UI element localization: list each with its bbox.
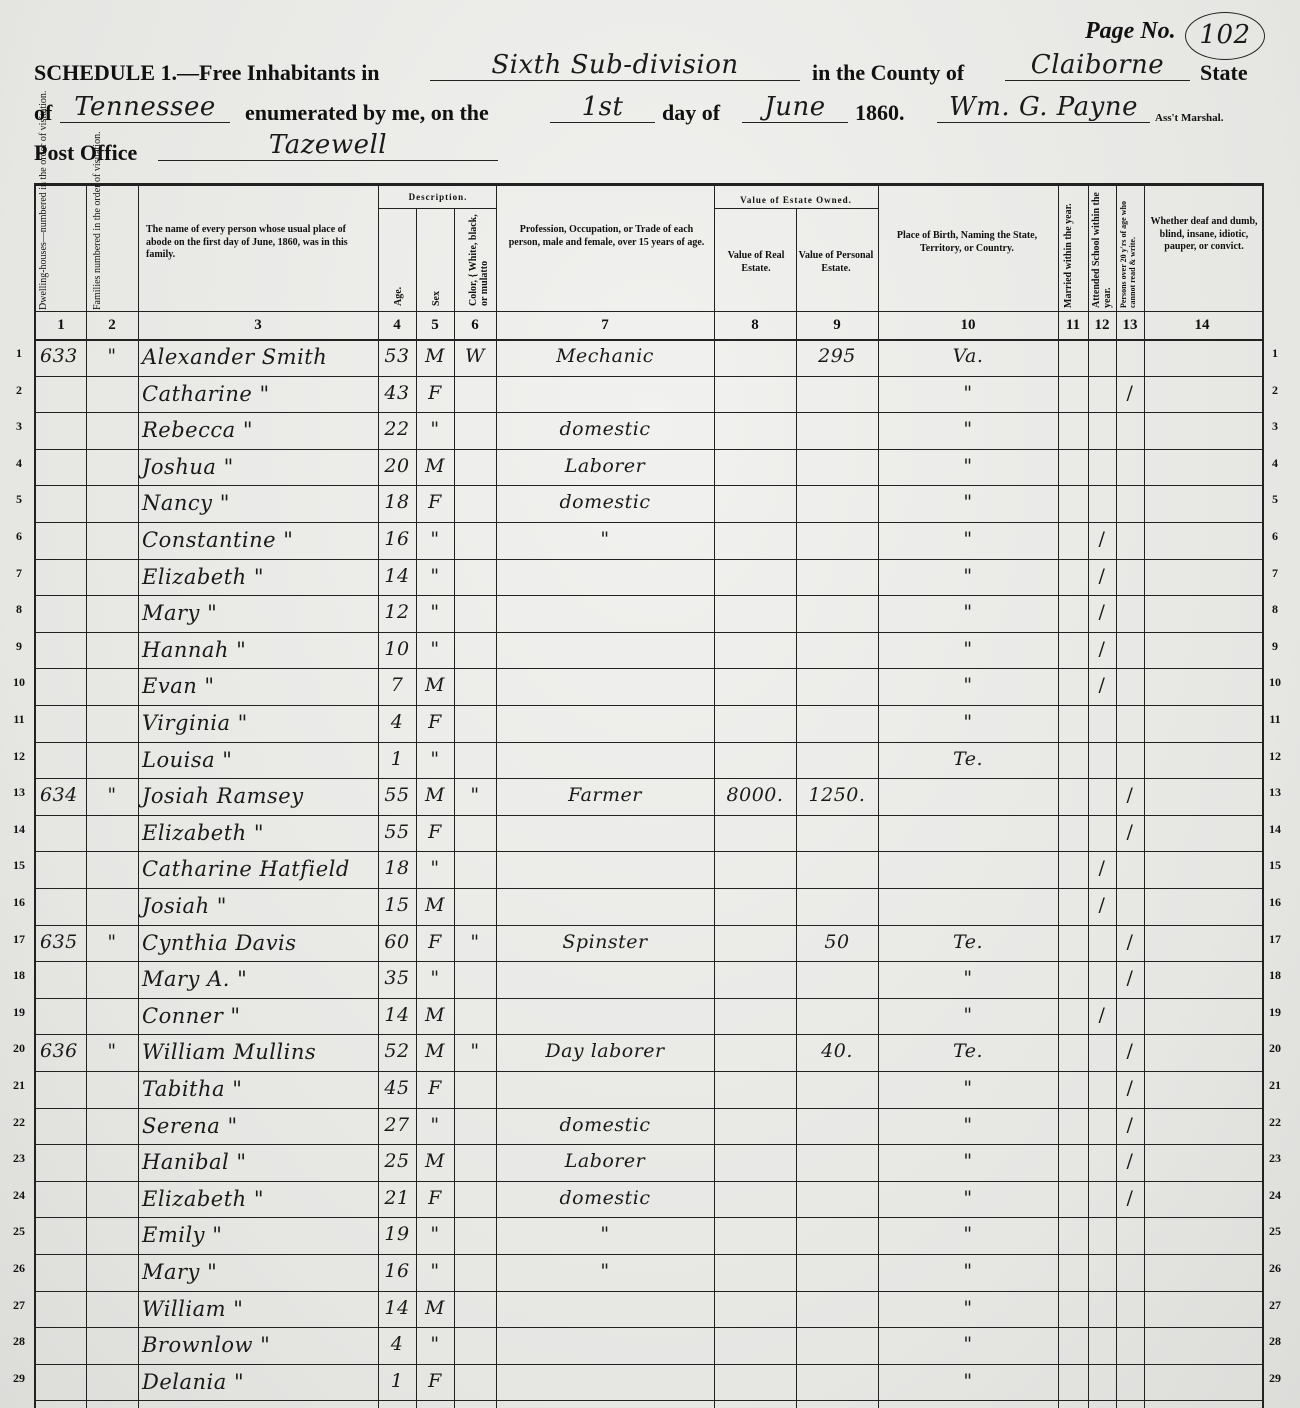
cell-name: Elizabeth " [142,821,378,845]
col-header-birthplace: Place of Birth, Naming the State, Territ… [882,230,1052,255]
day-field: 1st [550,92,655,123]
cell-school: / [1088,894,1116,916]
cell-dwelling: 634 [40,784,86,806]
line-number: 5 [6,492,32,507]
cell-illiterate: / [1116,1040,1144,1062]
cell-birth: " [878,1297,1058,1319]
row-rule [36,1400,1262,1401]
line-number: 19 [6,1005,32,1020]
cell-age: 18 [378,857,416,879]
cell-name: Brownlow " [142,1333,378,1357]
cell-name: Josiah " [142,894,378,918]
cell-personal: 1250. [796,784,878,806]
row-rule [36,961,1262,962]
cell-occupation: Laborer [496,455,714,477]
cell-birth: " [878,711,1058,733]
cell-name: Elizabeth " [142,565,378,589]
row-rule [36,449,1262,450]
row-rule [36,1034,1262,1035]
column-number: 9 [796,317,878,334]
schedule-label: SCHEDULE 1.—Free Inhabitants in [34,60,380,86]
cell-age: 52 [378,1040,416,1062]
cell-name: Tabitha " [142,1077,378,1101]
cell-age: 4 [378,711,416,733]
line-number: 28 [6,1334,32,1349]
cell-sex: F [416,1370,454,1392]
line-number: 6 [1262,529,1288,544]
cell-age: 14 [378,1004,416,1026]
row-rule [36,778,1262,779]
cell-birth: " [878,674,1058,696]
cell-age: 16 [378,1260,416,1282]
line-number: 19 [1262,1005,1288,1020]
cell-birth: Va. [878,345,1058,367]
line-number: 18 [1262,968,1288,983]
cell-age: 53 [378,345,416,367]
column-number: 6 [454,317,496,334]
post-office-label: Post Office [34,140,137,166]
post-office-field: Tazewell [158,130,498,161]
cell-birth: " [878,382,1058,404]
line-number: 27 [1262,1298,1288,1313]
cell-name: Elizabeth " [142,1187,378,1211]
cell-name: Mary A. " [142,967,378,991]
line-number: 14 [1262,822,1288,837]
cell-family: " [86,931,138,953]
line-number: 23 [6,1151,32,1166]
cell-occupation: Spinster [496,931,714,953]
cell-age: 21 [378,1187,416,1209]
cell-age: 14 [378,565,416,587]
cell-age: 20 [378,455,416,477]
cell-sex: " [416,1333,454,1355]
cell-occupation: Laborer [496,1150,714,1172]
cell-color: " [454,1040,496,1062]
cell-sex: " [416,565,454,587]
row-rule [36,1217,1262,1218]
cell-school: / [1088,528,1116,550]
cell-sex: " [416,601,454,623]
line-number: 24 [1262,1188,1288,1203]
cell-age: 27 [378,1114,416,1136]
cell-birth: " [878,491,1058,513]
cell-birth: Te. [878,1040,1058,1062]
line-number: 26 [6,1261,32,1276]
cell-occupation: Farmer [496,784,714,806]
census-table: Dwelling-houses—numbered in the order of… [34,183,1264,1408]
cell-sex: " [416,1223,454,1245]
cell-illiterate: / [1116,1114,1144,1136]
line-number: 16 [6,895,32,910]
line-number: 1 [1262,346,1288,361]
cell-illiterate: / [1116,1077,1144,1099]
cell-sex: M [416,1297,454,1319]
column-number: 5 [416,317,454,334]
cell-sex: F [416,711,454,733]
row-rule [36,1327,1262,1328]
row-rule [36,668,1262,669]
line-number: 9 [6,639,32,654]
column-divider [1144,186,1145,1408]
cell-family: " [86,784,138,806]
county-field: Claiborne [1005,50,1190,81]
col-header-disability: Whether deaf and dumb, blind, insane, id… [1150,216,1258,254]
row-rule [36,595,1262,596]
cell-name: Serena " [142,1114,378,1138]
cell-sex: F [416,382,454,404]
row-rule [36,559,1262,560]
cell-sex: " [416,528,454,550]
cell-birth: " [878,1187,1058,1209]
col-header-age: Age. [393,266,404,306]
cell-sex: F [416,1187,454,1209]
cell-school: / [1088,674,1116,696]
row-rule [36,851,1262,852]
row-rule [36,1144,1262,1145]
column-divider [138,186,139,1408]
line-number: 21 [1262,1078,1288,1093]
line-number: 22 [1262,1115,1288,1130]
cell-name: Mary " [142,1260,378,1284]
cell-illiterate: / [1116,821,1144,843]
cell-sex: " [416,748,454,770]
marshal-label: Ass't Marshal. [1155,112,1223,124]
cell-dwelling: 635 [40,931,86,953]
line-number: 25 [1262,1224,1288,1239]
column-divider [1088,186,1089,1408]
cell-personal: 295 [796,345,878,367]
cell-sex: M [416,1040,454,1062]
line-number: 11 [1262,712,1288,727]
line-number: 22 [6,1115,32,1130]
cell-name: Alexander Smith [142,345,378,369]
col-header-name: The name of every person whose usual pla… [146,224,371,262]
row-rule [36,888,1262,889]
cell-personal: 40. [796,1040,878,1062]
cell-illiterate: / [1116,967,1144,989]
line-number: 20 [6,1041,32,1056]
row-rule [36,1254,1262,1255]
line-number: 15 [6,858,32,873]
cell-sex: F [416,821,454,843]
cell-name: Louisa " [142,748,378,772]
line-number: 15 [1262,858,1288,873]
column-number: 4 [378,317,416,334]
cell-age: 43 [378,382,416,404]
col-header-school: Attended School within the year. [1091,190,1115,308]
cell-birth: " [878,967,1058,989]
line-number: 26 [1262,1261,1288,1276]
cell-family: " [86,345,138,367]
year: 1860. [855,100,905,126]
cell-name: Evan " [142,674,378,698]
cell-name: Hannah " [142,638,378,662]
cell-sex: F [416,1077,454,1099]
line-number: 16 [1262,895,1288,910]
page-number-label: Page No. [1085,18,1176,45]
state-field: Tennessee [60,92,230,123]
column-number: 10 [878,317,1058,334]
column-number: 14 [1144,317,1260,334]
group-header-rule [714,208,878,209]
column-number: 7 [496,317,714,334]
line-number: 25 [6,1224,32,1239]
col-header-married: Married within the year. [1063,190,1087,308]
row-rule [36,742,1262,743]
cell-name: Rebecca " [142,418,378,442]
line-number: 5 [1262,492,1288,507]
cell-name: Catharine Hatfield [142,857,378,881]
line-number: 7 [1262,566,1288,581]
group-header-rule [378,208,496,209]
cell-dwelling: 636 [40,1040,86,1062]
cell-illiterate: / [1116,1187,1144,1209]
row-rule [36,522,1262,523]
line-number: 29 [1262,1371,1288,1386]
col-header-real-estate: Value of Real Estate. [719,250,793,275]
col-header-sex: Sex [431,271,442,306]
cell-age: 10 [378,638,416,660]
cell-sex: M [416,894,454,916]
cell-sex: M [416,1150,454,1172]
column-number: 8 [714,317,796,334]
cell-sex: " [416,967,454,989]
cell-birth: " [878,1114,1058,1136]
row-rule [36,1108,1262,1109]
line-number: 8 [6,602,32,617]
column-number: 3 [138,317,378,334]
cell-sex: M [416,674,454,696]
cell-age: 22 [378,418,416,440]
line-number: 4 [6,456,32,471]
cell-age: 55 [378,821,416,843]
county-label: in the County of [812,60,964,86]
cell-occupation: domestic [496,491,714,513]
cell-name: Joshua " [142,455,378,479]
line-number: 21 [6,1078,32,1093]
cell-family: " [86,1040,138,1062]
column-number: 1 [36,317,86,334]
cell-name: Constantine " [142,528,378,552]
cell-occupation: " [496,528,714,550]
line-number: 29 [6,1371,32,1386]
cell-real: 8000. [714,784,796,806]
cell-birth: " [878,455,1058,477]
line-number: 14 [6,822,32,837]
row-rule [36,1364,1262,1365]
cell-age: 7 [378,674,416,696]
cell-school: / [1088,1004,1116,1026]
cell-age: 60 [378,931,416,953]
line-number: 3 [6,419,32,434]
cell-dwelling: 633 [40,345,86,367]
cell-birth: " [878,1223,1058,1245]
state-label: State [1200,60,1248,86]
cell-age: 18 [378,491,416,513]
cell-age: 12 [378,601,416,623]
col-header-personal-estate: Value of Personal Estate. [798,250,874,275]
cell-birth: " [878,528,1058,550]
col-header-family: Families numbered in the order of visita… [92,190,136,310]
row-rule [36,925,1262,926]
line-number: 11 [6,712,32,727]
cell-age: 55 [378,784,416,806]
cell-name: Catharine " [142,382,378,406]
line-number: 20 [1262,1041,1288,1056]
cell-school: / [1088,601,1116,623]
cell-name: Josiah Ramsey [142,784,378,808]
cell-birth: " [878,638,1058,660]
cell-sex: " [416,1260,454,1282]
line-number: 13 [6,785,32,800]
cell-illiterate: / [1116,382,1144,404]
row-rule [36,485,1262,486]
line-number: 12 [1262,749,1288,764]
cell-birth: " [878,1333,1058,1355]
line-number: 7 [6,566,32,581]
column-number: 13 [1116,317,1144,334]
cell-occupation: Day laborer [496,1040,714,1062]
cell-occupation: domestic [496,418,714,440]
row-rule [36,632,1262,633]
cell-sex: " [416,1114,454,1136]
cell-sex: F [416,931,454,953]
row-rule [36,1181,1262,1182]
line-number: 2 [6,383,32,398]
enumerated-label: enumerated by me, on the [245,100,489,126]
cell-occupation: " [496,1223,714,1245]
row-rule [36,376,1262,377]
column-number: 12 [1088,317,1116,334]
line-number: 10 [6,675,32,690]
line-number: 8 [1262,602,1288,617]
cell-sex: M [416,1004,454,1026]
cell-illiterate: / [1116,931,1144,953]
cell-sex: M [416,455,454,477]
row-rule [36,412,1262,413]
cell-birth: " [878,1077,1058,1099]
column-divider [1058,186,1059,1408]
cell-occupation: " [496,1260,714,1282]
cell-name: Emily " [142,1223,378,1247]
cell-illiterate: / [1116,1150,1144,1172]
row-rule [36,1071,1262,1072]
col-header-dwelling: Dwelling-houses—numbered in the order of… [38,190,86,310]
cell-personal: 50 [796,931,878,953]
line-number: 9 [1262,639,1288,654]
col-header-color: Color, { White, black, or mulatto [468,214,494,306]
line-number: 3 [1262,419,1288,434]
marshal-field: Wm. G. Payne [937,92,1150,123]
cell-birth: " [878,601,1058,623]
cell-age: 25 [378,1150,416,1172]
month-field: June [742,92,848,123]
cell-birth: " [878,1370,1058,1392]
cell-color: " [454,784,496,806]
col-header-description: Description. [379,191,497,204]
cell-sex: " [416,638,454,660]
cell-name: Nancy " [142,491,378,515]
row-rule [36,1291,1262,1292]
line-number: 17 [1262,932,1288,947]
column-number: 11 [1058,317,1088,334]
cell-name: Conner " [142,1004,378,1028]
header-rule [36,311,1262,312]
cell-color: " [454,931,496,953]
cell-sex: " [416,418,454,440]
cell-birth: Te. [878,748,1058,770]
cell-age: 45 [378,1077,416,1099]
cell-occupation: Mechanic [496,345,714,367]
column-divider [454,208,455,1408]
cell-school: / [1088,565,1116,587]
cell-school: / [1088,857,1116,879]
cell-age: 35 [378,967,416,989]
cell-age: 14 [378,1297,416,1319]
cell-birth: Te. [878,931,1058,953]
line-number: 2 [1262,383,1288,398]
cell-age: 1 [378,748,416,770]
column-number: 2 [86,317,138,334]
row-rule [36,815,1262,816]
col-header-occupation: Profession, Occupation, or Trade of each… [504,224,709,249]
cell-name: Virginia " [142,711,378,735]
cell-name: Delania " [142,1370,378,1394]
cell-name: Mary " [142,601,378,625]
line-number: 4 [1262,456,1288,471]
cell-name: Hanibal " [142,1150,378,1174]
line-number: 13 [1262,785,1288,800]
line-number: 17 [6,932,32,947]
cell-name: William " [142,1297,378,1321]
line-number: 12 [6,749,32,764]
col-header-estate: Value of Estate Owned. [716,194,876,207]
cell-birth: " [878,565,1058,587]
cell-sex: F [416,491,454,513]
cell-occupation: domestic [496,1114,714,1136]
cell-age: 16 [378,528,416,550]
header-rule [36,339,1262,341]
cell-name: Cynthia Davis [142,931,378,955]
row-rule [36,998,1262,999]
cell-sex: M [416,784,454,806]
cell-birth: " [878,1260,1058,1282]
line-number: 28 [1262,1334,1288,1349]
line-number: 10 [1262,675,1288,690]
col-header-illiterate: Persons over 20 y'rs of age who cannot r… [1119,190,1143,308]
line-number: 27 [6,1298,32,1313]
line-number: 24 [6,1188,32,1203]
column-divider [796,208,797,1408]
line-number: 23 [1262,1151,1288,1166]
line-number: 1 [6,346,32,361]
cell-color: W [454,345,496,367]
cell-sex: " [416,857,454,879]
cell-age: 4 [378,1333,416,1355]
cell-occupation: domestic [496,1187,714,1209]
day-of-label: day of [662,100,720,126]
cell-school: / [1088,638,1116,660]
cell-birth: " [878,1004,1058,1026]
cell-sex: M [416,345,454,367]
line-number: 18 [6,968,32,983]
row-rule [36,705,1262,706]
cell-illiterate: / [1116,784,1144,806]
cell-age: 19 [378,1223,416,1245]
cell-age: 1 [378,1370,416,1392]
subdivision-field: Sixth Sub-division [430,50,800,81]
line-number: 6 [6,529,32,544]
